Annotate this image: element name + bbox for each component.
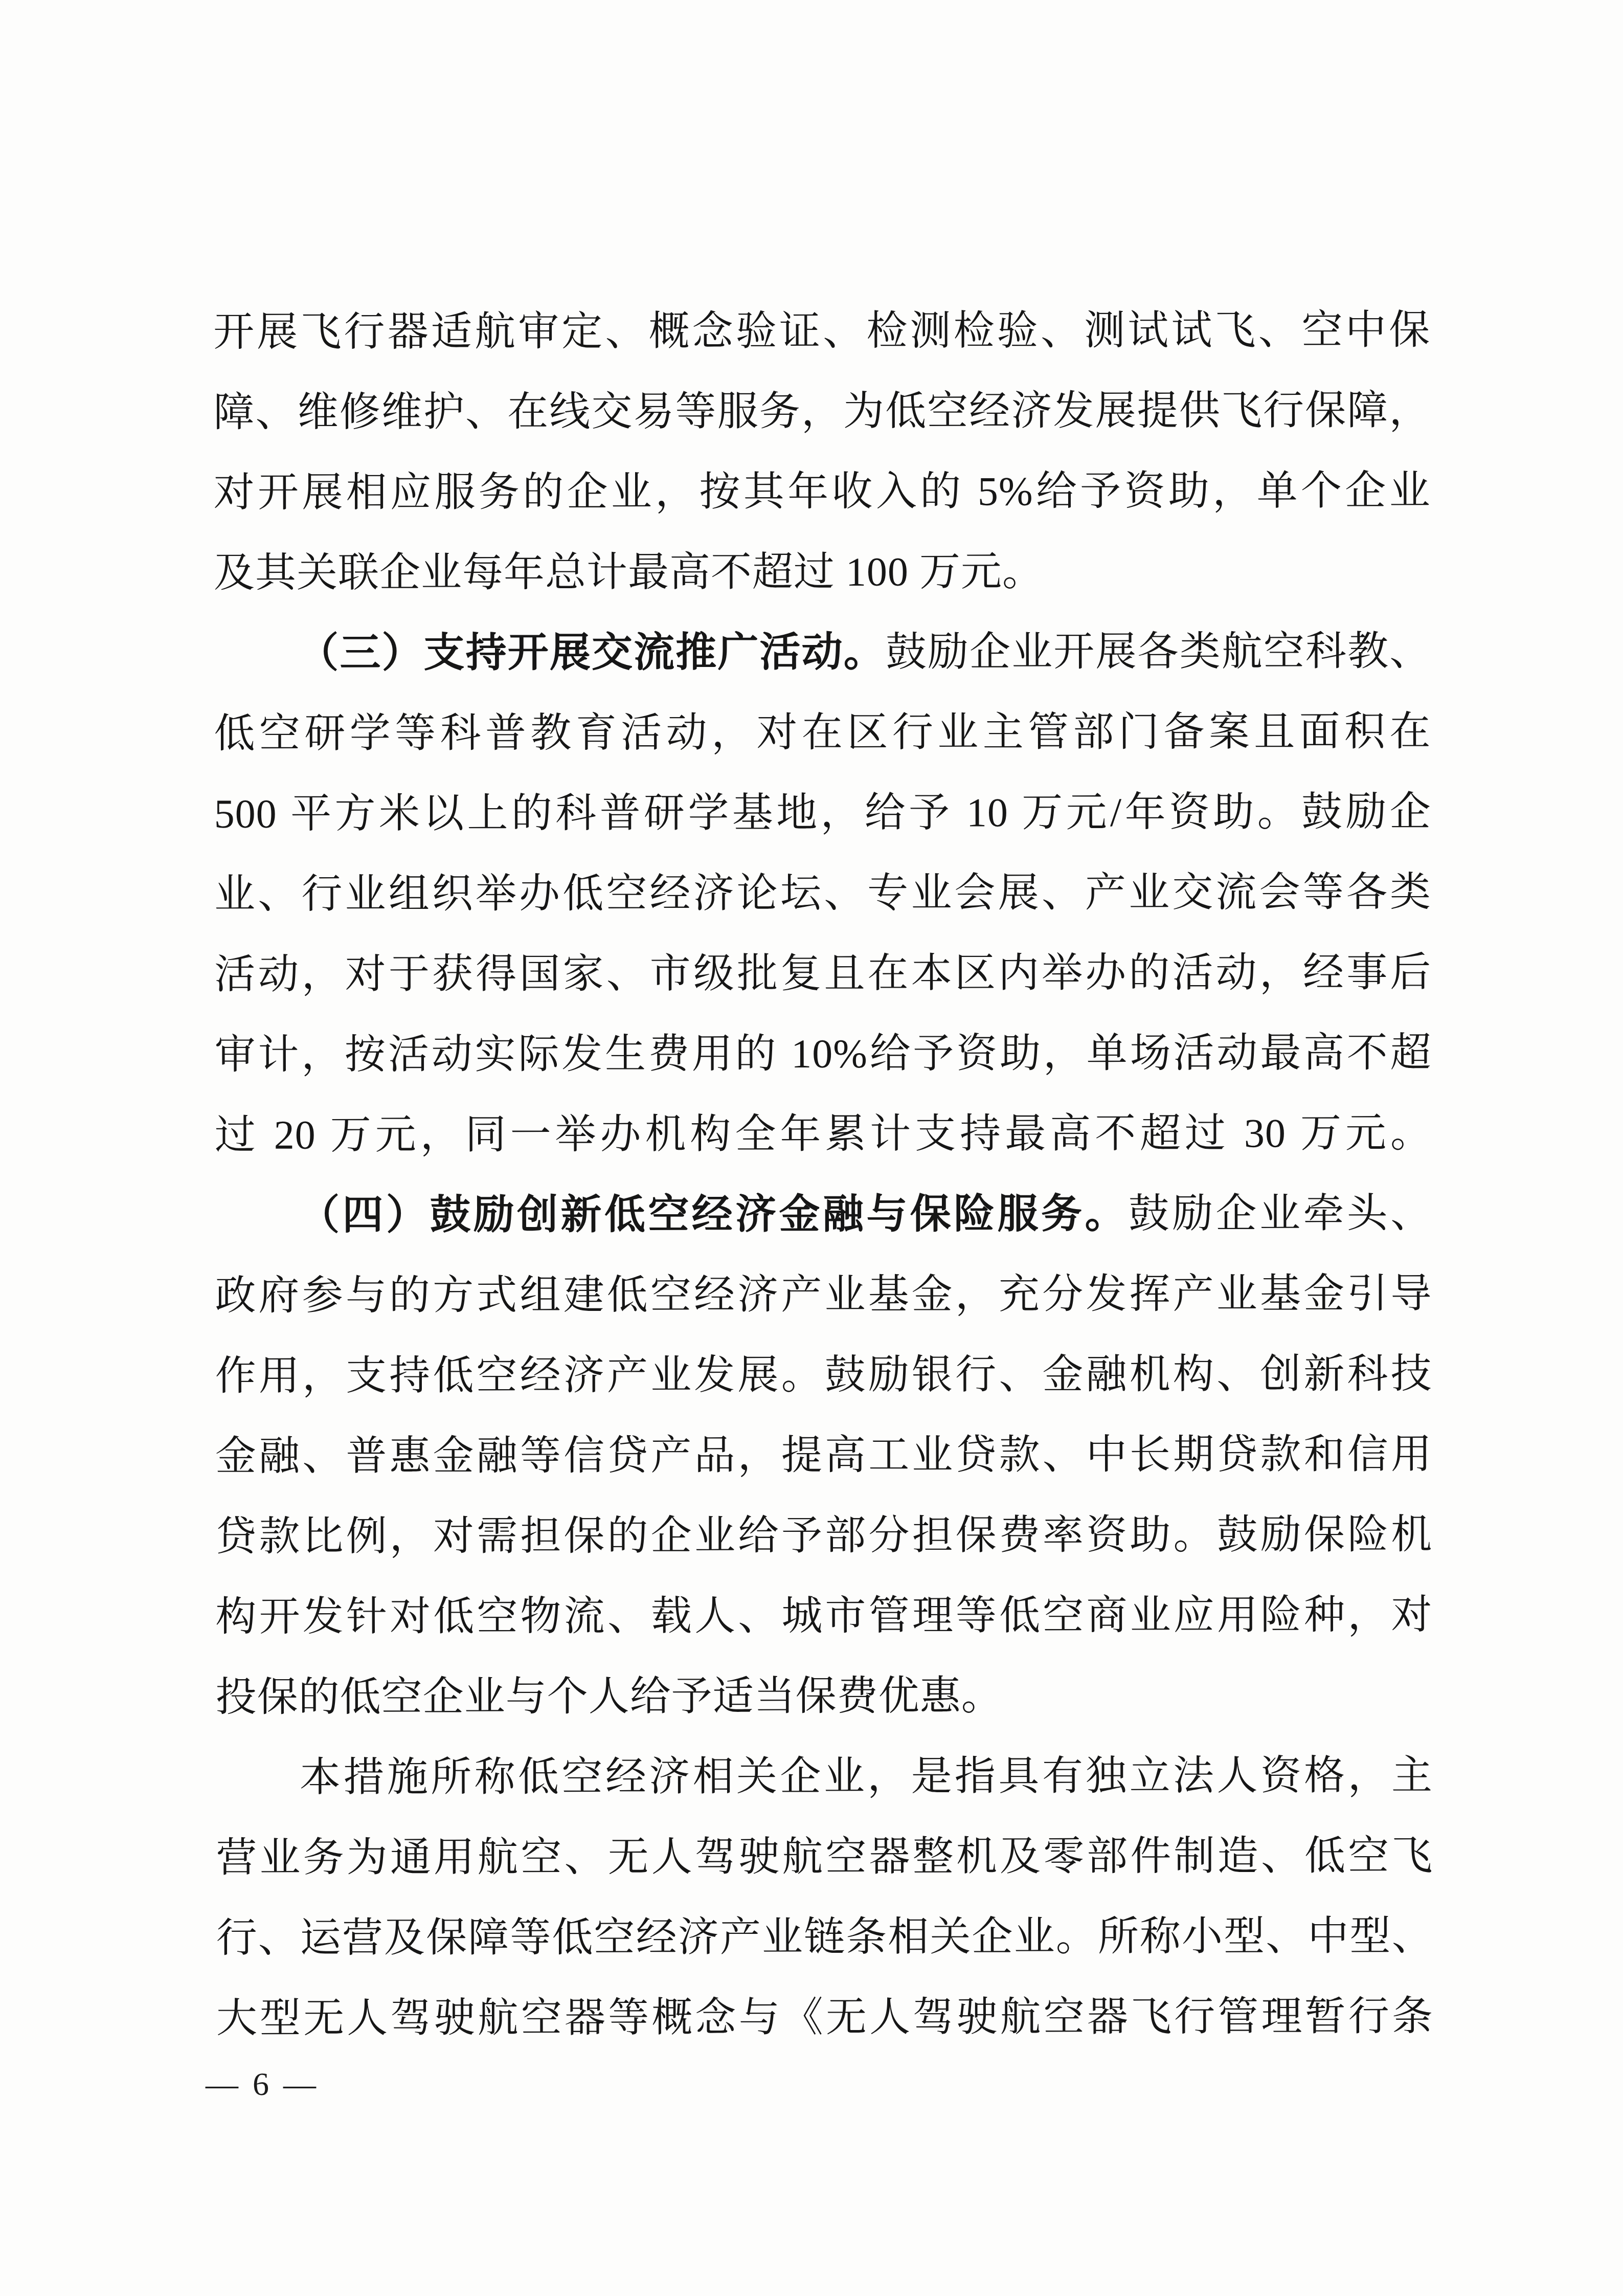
document-body: 开展飞行器适航审定、概念验证、检测检验、测试试飞、空中保障、维修维护、在线交易等… [213,291,1433,2059]
section-heading-run: （三）支持开展交流推广活动。 [298,630,886,676]
text-line: 500 平方米以上的科普研学基地，给予 10 万元/年资助。鼓励企 [214,772,1431,855]
body-text-run: 金融、普惠金融等信贷产品，提高工业贷款、中长期贷款和信用 [215,1432,1432,1479]
body-text-run: 活动，对于获得国家、市级批复且在本区内举办的活动，经事后 [214,950,1431,997]
text-line: （三）支持开展交流推广活动。鼓励企业开展各类航空科教、 [214,612,1431,694]
body-text-run: 对开展相应服务的企业，按其年收入的 5%给予资助，单个企业 [214,469,1431,516]
body-text-run: 开展飞行器适航审定、概念验证、检测检验、测试试飞、空中保 [213,308,1430,355]
page-number: — 6 — [206,2061,319,2107]
document-page: 开展飞行器适航审定、概念验证、检测检验、测试试飞、空中保障、维修维护、在线交易等… [0,0,1623,2296]
text-line: 投保的低空企业与个人给予适当保费优惠。 [216,1656,1433,1738]
body-text-run: 构开发针对低空物流、载人、城市管理等低空商业应用险种，对 [215,1593,1432,1640]
text-line: 金融、普惠金融等信贷产品，提高工业贷款、中长期贷款和信用 [215,1415,1432,1497]
body-text-run: 业、行业组织举办低空经济论坛、专业会展、产业交流会等各类 [214,870,1431,917]
text-line: 及其关联企业每年总计最高不超过 100 万元。 [214,531,1431,614]
text-line: 贷款比例，对需担保的企业给予部分担保费率资助。鼓励保险机 [215,1495,1432,1577]
body-text-run: 鼓励企业开展各类航空科教、 [886,629,1431,675]
body-text-run: 营业务为通用航空、无人驾驶航空器整机及零部件制造、低空飞 [216,1834,1433,1881]
text-line: 活动，对于获得国家、市级批复且在本区内举办的活动，经事后 [214,933,1431,1015]
body-text-run: 500 平方米以上的科普研学基地，给予 10 万元/年资助。鼓励企 [214,790,1431,837]
body-text-run: 过 20 万元，同一举办机构全年累计支持最高不超过 30 万元。 [215,1111,1432,1158]
text-line: 构开发针对低空物流、载人、城市管理等低空商业应用险种，对 [215,1575,1432,1658]
text-line: 对开展相应服务的企业，按其年收入的 5%给予资助，单个企业 [214,451,1431,533]
body-text-run: 投保的低空企业与个人给予适当保费优惠。 [216,1674,1003,1720]
body-text-run: 行、运营及保障等低空经济产业链条相关企业。所称小型、中型、 [216,1914,1433,1961]
text-line: 行、运营及保障等低空经济产业链条相关企业。所称小型、中型、 [216,1897,1433,1979]
body-text-run: 作用，支持低空经济产业发展。鼓励银行、金融机构、创新科技 [215,1352,1432,1399]
text-line: 作用，支持低空经济产业发展。鼓励银行、金融机构、创新科技 [215,1334,1432,1417]
body-text-run: 贷款比例，对需担保的企业给予部分担保费率资助。鼓励保险机 [215,1512,1432,1559]
text-line: 本措施所称低空经济相关企业，是指具有独立法人资格，主 [216,1736,1433,1818]
text-line: 政府参与的方式组建低空经济产业基金，充分发挥产业基金引导 [215,1254,1432,1336]
body-text-run: 政府参与的方式组建低空经济产业基金，充分发挥产业基金引导 [215,1272,1432,1319]
text-line: 营业务为通用航空、无人驾驶航空器整机及零部件制造、低空飞 [216,1816,1433,1899]
text-line: 业、行业组织举办低空经济论坛、专业会展、产业交流会等各类 [214,853,1431,935]
text-line: 过 20 万元，同一举办机构全年累计支持最高不超过 30 万元。 [215,1094,1432,1176]
body-text-run: 鼓励企业牵头、 [1129,1191,1432,1237]
body-text-run: 审计，按活动实际发生费用的 10%给予资助，单场活动最高不超 [215,1031,1432,1078]
text-line: 大型无人驾驶航空器等概念与《无人驾驶航空器飞行管理暂行条 [216,1977,1433,2059]
text-line: 低空研学等科普教育活动，对在区行业主管部门备案且面积在 [214,692,1431,774]
body-text-run: 低空研学等科普教育活动，对在区行业主管部门备案且面积在 [214,709,1431,756]
section-heading-run: （四）鼓励创新低空经济金融与保险服务。 [299,1192,1129,1238]
text-line: 开展飞行器适航审定、概念验证、检测检验、测试试飞、空中保 [213,291,1430,373]
text-line: 障、维修维护、在线交易等服务，为低空经济发展提供飞行保障， [213,371,1430,453]
body-text-run: 大型无人驾驶航空器等概念与《无人驾驶航空器飞行管理暂行条 [216,1994,1433,2041]
text-line: 审计，按活动实际发生费用的 10%给予资助，单场活动最高不超 [214,1013,1431,1096]
body-text-run: 障、维修维护、在线交易等服务，为低空经济发展提供飞行保障， [213,388,1430,435]
text-line: （四）鼓励创新低空经济金融与保险服务。鼓励企业牵头、 [215,1174,1432,1256]
body-text-run: 本措施所称低空经济相关企业，是指具有独立法人资格，主 [300,1753,1433,1800]
body-text-run: 及其关联企业每年总计最高不超过 100 万元。 [214,549,1044,596]
